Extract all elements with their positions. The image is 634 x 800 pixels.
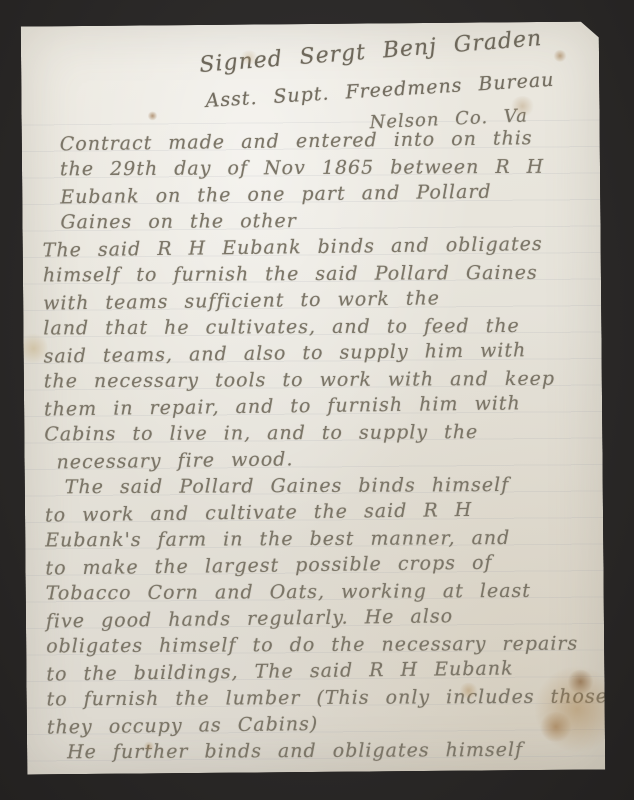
document-page: Signed Sergt Benj Graden Asst. Supt. Fre…: [21, 21, 606, 774]
contract-line: Contract made and entered into on this: [60, 124, 587, 157]
contract-line: He further binds and obligates himself: [67, 736, 592, 765]
photo-background-mat: Signed Sergt Benj Graden Asst. Supt. Fre…: [0, 0, 634, 800]
contract-line: Eubank on the one part and Pollard: [60, 177, 587, 210]
contract-line: necessary fire wood.: [56, 442, 589, 475]
endorsement-signature-line: Signed Sergt Benj Graden: [199, 26, 544, 78]
foxing-stain: [147, 111, 157, 120]
contract-body: Contract made and entered into on this t…: [42, 126, 593, 767]
foxing-stain: [553, 50, 567, 62]
